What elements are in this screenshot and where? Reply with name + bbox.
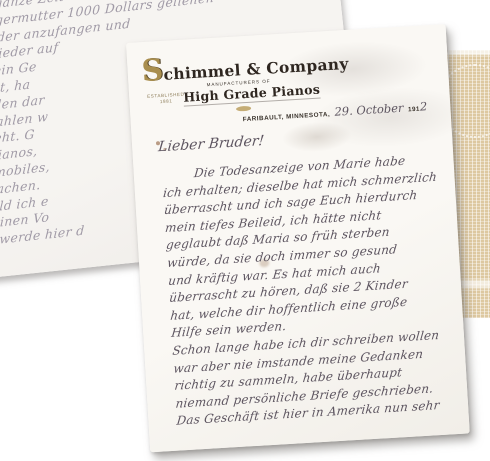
handwritten-year-digit: 2 — [419, 99, 427, 113]
handwritten-date: 29. October — [334, 101, 404, 119]
established-text: ESTABLISHED 1881 — [147, 92, 185, 105]
front-letter-page: Schimmel & Company MANUFACTURERS OF ESTA… — [126, 24, 470, 452]
photo-of-letters: für die ganze Zeit meiner Schwiegermutte… — [0, 0, 490, 461]
printed-place: FARIBAULT, MINNESOTA, — [243, 111, 331, 123]
salutation: Lieber Bruder! — [157, 133, 264, 155]
company-initial: S — [141, 53, 165, 89]
letter-body: Die Todesanzeige von Marie habe ich erha… — [161, 151, 451, 431]
letterhead: Schimmel & Company MANUFACTURERS OF ESTA… — [141, 40, 341, 52]
printed-year: 191 — [408, 106, 420, 114]
paper-stain — [281, 120, 353, 154]
